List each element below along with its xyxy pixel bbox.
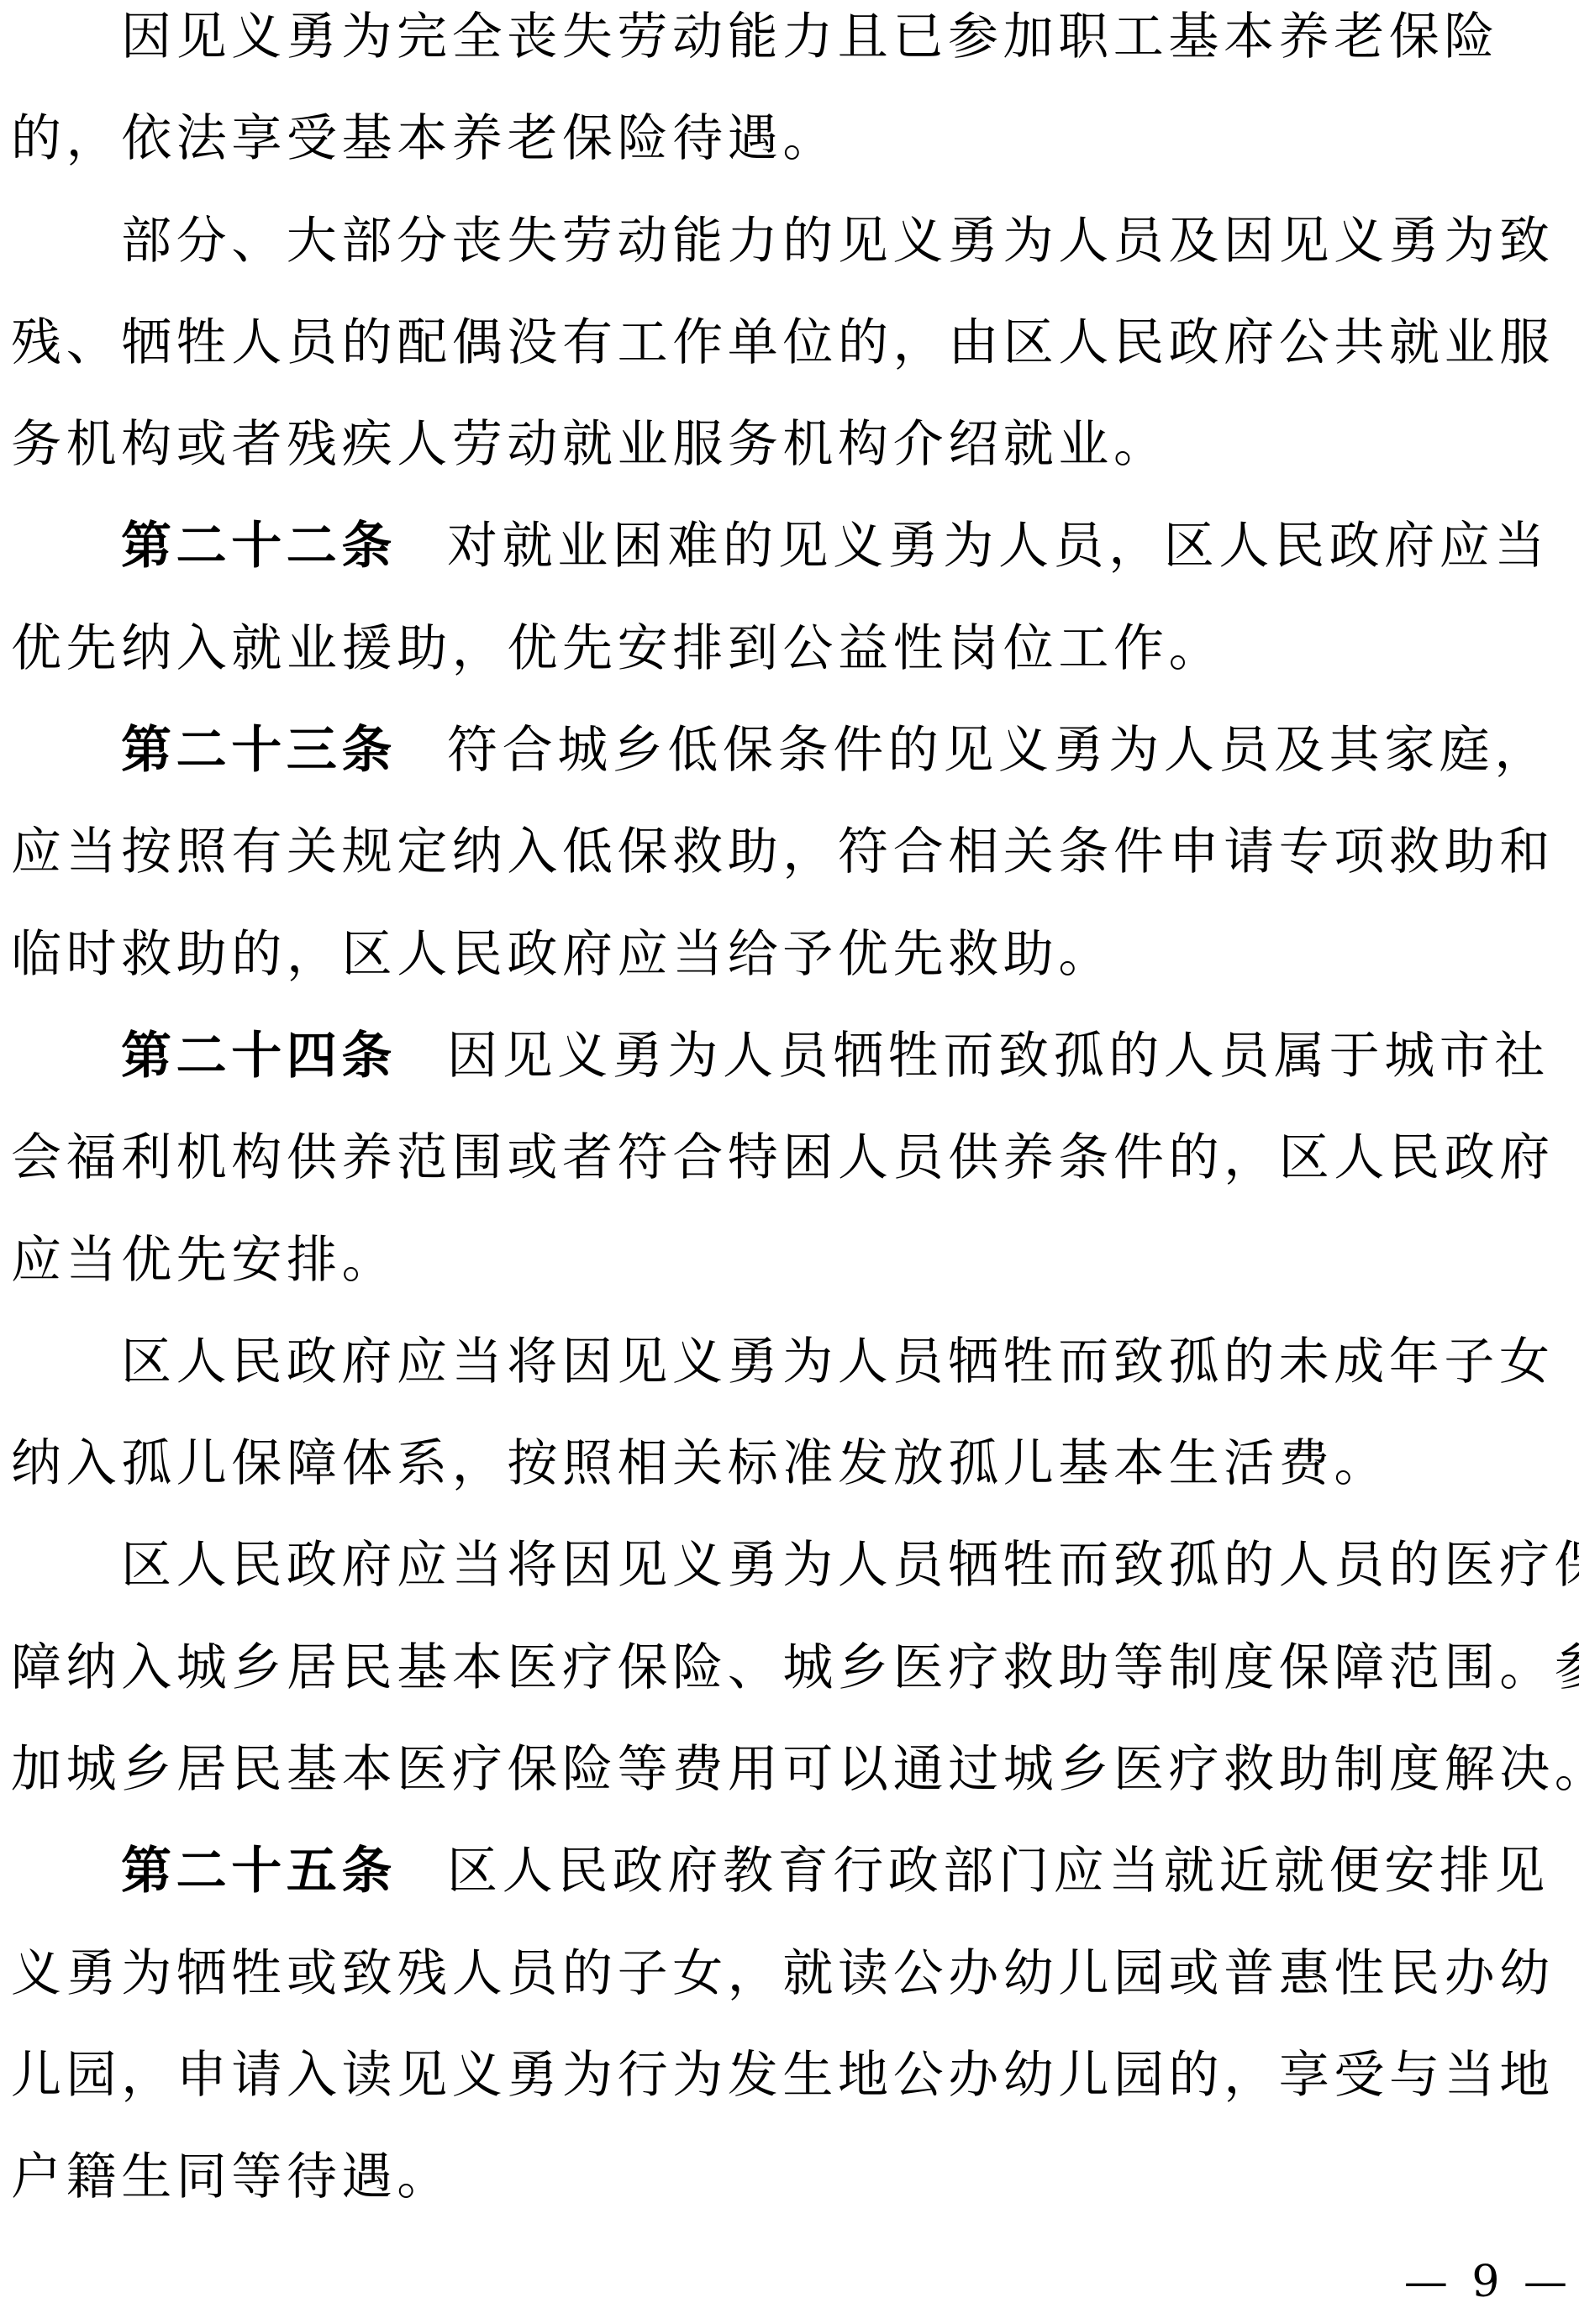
clause-heading-line: 第二十三条符合城乡低保条件的见义勇为人员及其家庭， bbox=[11, 700, 1554, 802]
line-text: 因见义勇为人员牺牲而致孤的人员属于城市社 bbox=[447, 1027, 1550, 1086]
clause-gap bbox=[397, 1072, 447, 1073]
body-line: 应当优先安排。 bbox=[11, 1210, 1554, 1312]
clause-heading-line: 第二十二条对就业困难的见义勇为人员，区人民政府应当 bbox=[11, 496, 1554, 597]
clause-number: 第二十二条 bbox=[121, 517, 397, 576]
body-line: 部分、大部分丧失劳动能力的见义勇为人员及因见义勇为致 bbox=[11, 191, 1554, 292]
body-line: 临时救助的，区人民政府应当给予优先救助。 bbox=[11, 904, 1554, 1006]
line-text: 区人民政府教育行政部门应当就近就便安排见 bbox=[447, 1842, 1550, 1901]
clause-gap bbox=[397, 766, 447, 767]
line-text: 对就业困难的见义勇为人员，区人民政府应当 bbox=[447, 517, 1550, 576]
body-line: 障纳入城乡居民基本医疗保险、城乡医疗救助等制度保障范围。参 bbox=[11, 1617, 1554, 1719]
clause-gap bbox=[397, 1887, 447, 1888]
clause-number: 第二十三条 bbox=[121, 721, 397, 780]
body-line: 务机构或者残疾人劳动就业服务机构介绍就业。 bbox=[11, 394, 1554, 496]
document-body: 因见义勇为完全丧失劳动能力且已参加职工基本养老保险 的，依法享受基本养老保险待遇… bbox=[11, 0, 1554, 2229]
clause-number: 第二十五条 bbox=[121, 1842, 397, 1901]
body-line: 会福利机构供养范围或者符合特困人员供养条件的，区人民政府 bbox=[11, 1107, 1554, 1209]
body-line: 儿园，申请入读见义勇为行为发生地公办幼儿园的，享受与当地 bbox=[11, 2025, 1554, 2127]
body-line: 残、牺牲人员的配偶没有工作单位的，由区人民政府公共就业服 bbox=[11, 292, 1554, 394]
body-line: 的，依法享受基本养老保险待遇。 bbox=[11, 88, 1554, 190]
clause-heading-line: 第二十五条区人民政府教育行政部门应当就近就便安排见 bbox=[11, 1821, 1554, 1922]
clause-heading-line: 第二十四条因见义勇为人员牺牲而致孤的人员属于城市社 bbox=[11, 1006, 1554, 1107]
body-line: 优先纳入就业援助，优先安排到公益性岗位工作。 bbox=[11, 598, 1554, 700]
page-number: — 9 — bbox=[1404, 2257, 1572, 2307]
body-line: 区人民政府应当将因见义勇为人员牺牲而致孤的未成年子女 bbox=[11, 1312, 1554, 1413]
body-line: 户籍生同等待遇。 bbox=[11, 2127, 1554, 2228]
line-text: 符合城乡低保条件的见义勇为人员及其家庭， bbox=[447, 721, 1550, 780]
body-line: 纳入孤儿保障体系，按照相关标准发放孤儿基本生活费。 bbox=[11, 1413, 1554, 1515]
clause-number: 第二十四条 bbox=[121, 1027, 397, 1086]
document-page: 因见义勇为完全丧失劳动能力且已参加职工基本养老保险 的，依法享受基本养老保险待遇… bbox=[0, 0, 1579, 2324]
body-line: 因见义勇为完全丧失劳动能力且已参加职工基本养老保险 bbox=[11, 0, 1554, 88]
body-line: 区人民政府应当将因见义勇为人员牺牲而致孤的人员的医疗保 bbox=[11, 1515, 1554, 1617]
body-line: 应当按照有关规定纳入低保救助，符合相关条件申请专项救助和 bbox=[11, 802, 1554, 903]
clause-gap bbox=[397, 562, 447, 563]
body-line: 义勇为牺牲或致残人员的子女，就读公办幼儿园或普惠性民办幼 bbox=[11, 1923, 1554, 2025]
body-line: 加城乡居民基本医疗保险等费用可以通过城乡医疗救助制度解决。 bbox=[11, 1719, 1554, 1821]
